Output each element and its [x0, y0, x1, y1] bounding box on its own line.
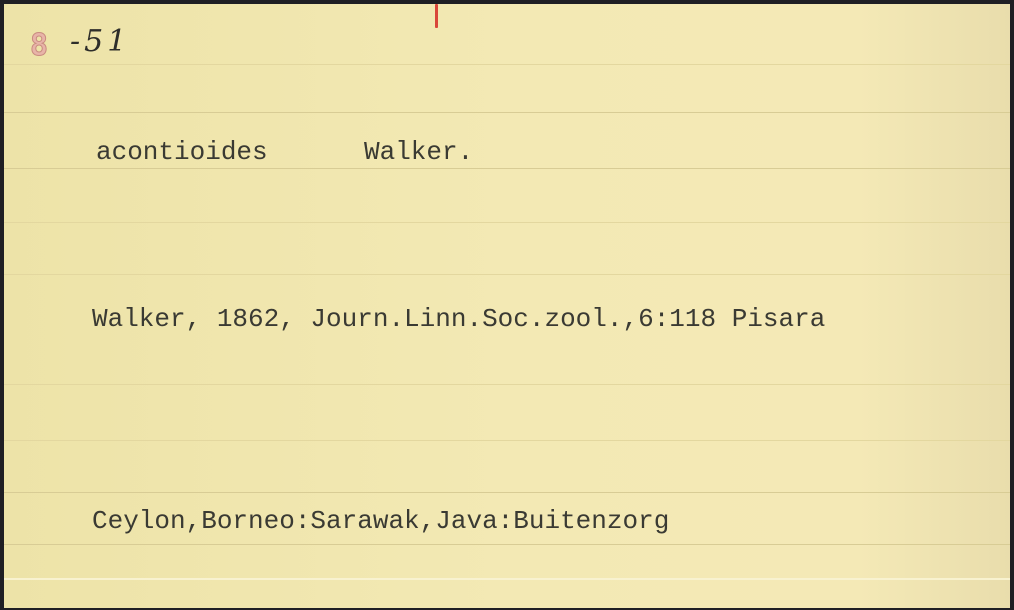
ruled-line — [4, 222, 1010, 223]
ruled-line — [4, 384, 1010, 385]
citation: Walker, 1862, Journ.Linn.Soc.zool.,6:118… — [92, 304, 825, 334]
ruled-line — [4, 544, 1010, 545]
handwritten-code: -51 — [70, 24, 130, 59]
species-author: Walker. — [364, 137, 473, 167]
ruled-line — [4, 492, 1010, 493]
ruled-line — [4, 64, 1010, 65]
ruled-line — [4, 440, 1010, 441]
stamp-number: 8 — [30, 28, 48, 63]
ruled-line — [4, 112, 1010, 113]
ruled-line — [4, 274, 1010, 275]
ruled-line — [4, 168, 1010, 169]
index-card: 8 -51 acontioides Walker. Walker, 1862, … — [4, 4, 1010, 608]
ruled-line — [4, 578, 1010, 580]
species-name: acontioides — [96, 137, 268, 167]
localities: Ceylon,Borneo:Sarawak,Java:Buitenzorg — [92, 506, 669, 536]
red-tab-mark — [435, 4, 438, 28]
